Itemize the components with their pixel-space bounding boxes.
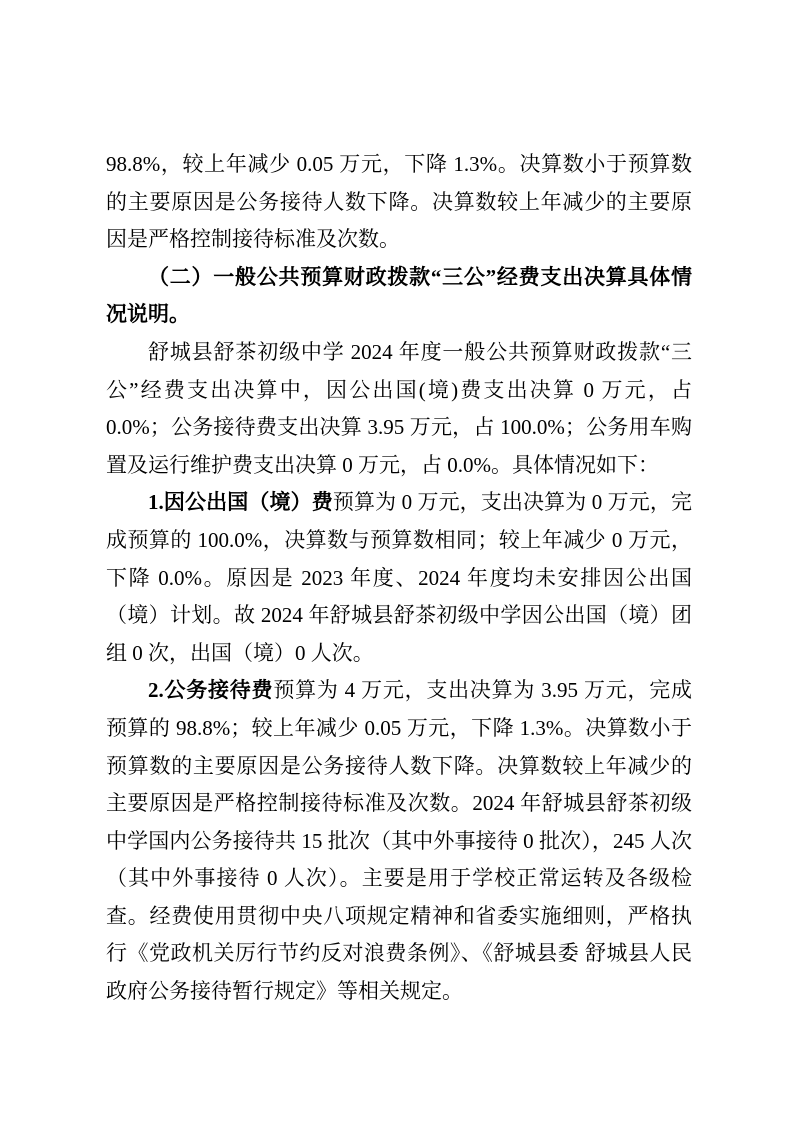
text-run: 预算为 0 万元，支出决算为 0 万元，完成预算的 100.0%，决算数与预算数…	[106, 490, 692, 664]
paragraph: 1.因公出国（境）费预算为 0 万元，支出决算为 0 万元，完成预算的 100.…	[106, 484, 692, 672]
paragraph: （二）一般公共预算财政拨款“三公”经费支出决算具体情况说明。	[106, 259, 692, 334]
bold-text-run: （二）一般公共预算财政拨款“三公”经费支出决算具体情况说明。	[106, 265, 692, 327]
paragraph: 舒城县舒茶初级中学 2024 年度一般公共预算财政拨款“三公”经费支出决算中，因…	[106, 334, 692, 484]
document-page: 98.8%，较上年减少 0.05 万元，下降 1.3%。决算数小于预算数的主要原…	[0, 0, 793, 1122]
text-run: 预算为 4 万元，支出决算为 3.95 万元，完成预算的 98.8%；较上年减少…	[106, 678, 692, 1003]
document-body: 98.8%，较上年减少 0.05 万元，下降 1.3%。决算数小于预算数的主要原…	[106, 146, 692, 1011]
text-run: 98.8%，较上年减少 0.05 万元，下降 1.3%。决算数小于预算数的主要原…	[106, 152, 692, 251]
text-run: 舒城县舒茶初级中学 2024 年度一般公共预算财政拨款“三公”经费支出决算中，因…	[106, 340, 692, 477]
paragraph: 98.8%，较上年减少 0.05 万元，下降 1.3%。决算数小于预算数的主要原…	[106, 146, 692, 259]
bold-text-run: 2.公务接待费	[148, 678, 273, 702]
bold-text-run: 1.因公出国（境）费	[148, 490, 333, 514]
paragraph: 2.公务接待费预算为 4 万元，支出决算为 3.95 万元，完成预算的 98.8…	[106, 672, 692, 1010]
